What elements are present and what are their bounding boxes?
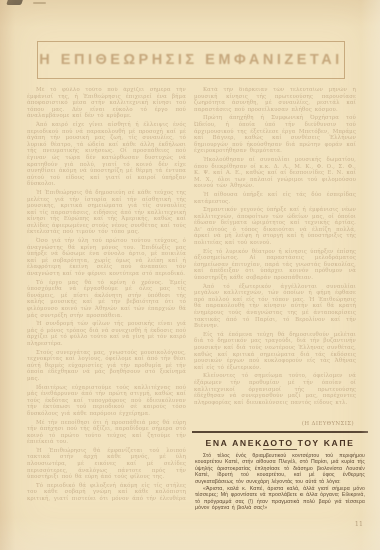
faded-paragraph: Μέ τήν πεποίθησι ότι ή προσπάθειά μας θά…	[27, 420, 186, 446]
anecdote-paragraph: Στό τέλος ένός θριαμβευτικού κοντσέρτου …	[195, 453, 365, 485]
faded-paragraph: Τό περιοδικό θά φιλοξενή άκόμη είς τίς σ…	[27, 483, 186, 501]
faded-paragraph: Είς τό λυρικόν θέατρον ή κίνησις ύπήρξεν…	[194, 249, 356, 282]
anecdote-paragraph: «Άριστα, καλά κ. Καπέ, άριστα καλά, άλλά…	[195, 486, 365, 512]
scan-artifact-mark	[6, 0, 23, 5]
faded-paragraph: Άπό τό έξωτερικόν άγγέλλονται συναυλίαι …	[194, 284, 356, 330]
faded-paragraph: Μέ τό φύλλο τούτο πού άρχίζει σήμερα τήν…	[27, 87, 186, 120]
faded-paragraph: Άπό καιρό είχε γίνει αίσθητή ή έλλειψις …	[27, 122, 186, 188]
anecdote-title: ΕΝΑ ΑΝΕΚΔΟΤΟ ΤΟΥ ΚΑΠΕ	[192, 438, 368, 448]
faded-paragraph: Σημαντικόν γεγονός ύπήρξε καί ή έμφάνισι…	[194, 207, 356, 247]
faded-paragraph: Κλείνοντες τό σημείωμα τούτο, όφείλομεν …	[194, 373, 356, 406]
page-number: 11	[355, 520, 363, 528]
faded-paragraph: Ή Έπιθεώρησις θά έμφανίζεται τού λοιπού …	[27, 448, 186, 481]
anecdote-title-underline	[263, 449, 297, 450]
faded-paragraph: Στούς συνεργάτας μας, γνωστούς μουσικολό…	[27, 350, 186, 383]
faded-paragraph: Ή συνδρομή τών φίλων τής μουσικής είναι …	[27, 321, 186, 347]
left-text-column: Μέ τό φύλλο τούτο πού άρχίζει σήμερα τήν…	[27, 87, 186, 501]
anecdote-box: ΕΝΑ ΑΝΕΚΔΟΤΟ ΤΟΥ ΚΑΠΕ Στό τέλος ένός θρι…	[192, 431, 368, 513]
article-title-box: Η ΕΠΙΘΕΩΡΗΣΙΣ ΕΜΦΑΝΙΖΕΤΑΙ	[37, 41, 345, 79]
faded-paragraph: Κατά τήν διάρκειαν τών τελευταίων μηνών …	[194, 87, 356, 113]
faded-paragraph: Τό έργο μας θά τό κρίνη ό χρόνος. Έμείς …	[27, 280, 186, 320]
faded-paragraph: Είς τά έπόμενα τεύχη θά δημοσιευθούν μελ…	[194, 332, 356, 372]
column-signature: (Η ΔΙΕΥΘΥΝΣΙΣ)	[194, 421, 354, 427]
faded-paragraph: Ιδιαιτέρως εύχαριστούμε τούς καλλιτέχνας…	[27, 385, 186, 418]
faded-paragraph: Ή αίθουσα ύπήρξε καί είς τάς δύο έσπερίδ…	[194, 192, 356, 205]
faded-paragraph: Πρώτη άπηχήθη ή Συμφωνική Όρχήστρα τού Ώ…	[194, 115, 356, 155]
faded-paragraph: Όσο γιά τήν ύλη τού πρώτου τούτου τεύχου…	[27, 238, 186, 278]
anecdote-body: Στό τέλος ένός θριαμβευτικού κοντσέρτου …	[192, 453, 368, 512]
faded-paragraph: Ή Έπιθεώρησις θά δημοσιεύη σέ κάθε τεύχο…	[27, 190, 186, 236]
scan-artifact-dash	[33, 2, 46, 4]
article-title: Η ΕΠΙΘΕΩΡΗΣΙΣ ΕΜΦΑΝΙΖΕΤΑΙ	[39, 52, 342, 68]
magazine-page: Η ΕΠΙΘΕΩΡΗΣΙΣ ΕΜΦΑΝΙΖΕΤΑΙ Μέ τό φύλλο το…	[0, 0, 380, 550]
faded-paragraph: Ήκολούθησαν αί συναυλίαι μουσικής δωματί…	[194, 157, 356, 190]
right-text-column: Κατά τήν διάρκειαν τών τελευταίων μηνών …	[194, 87, 356, 419]
